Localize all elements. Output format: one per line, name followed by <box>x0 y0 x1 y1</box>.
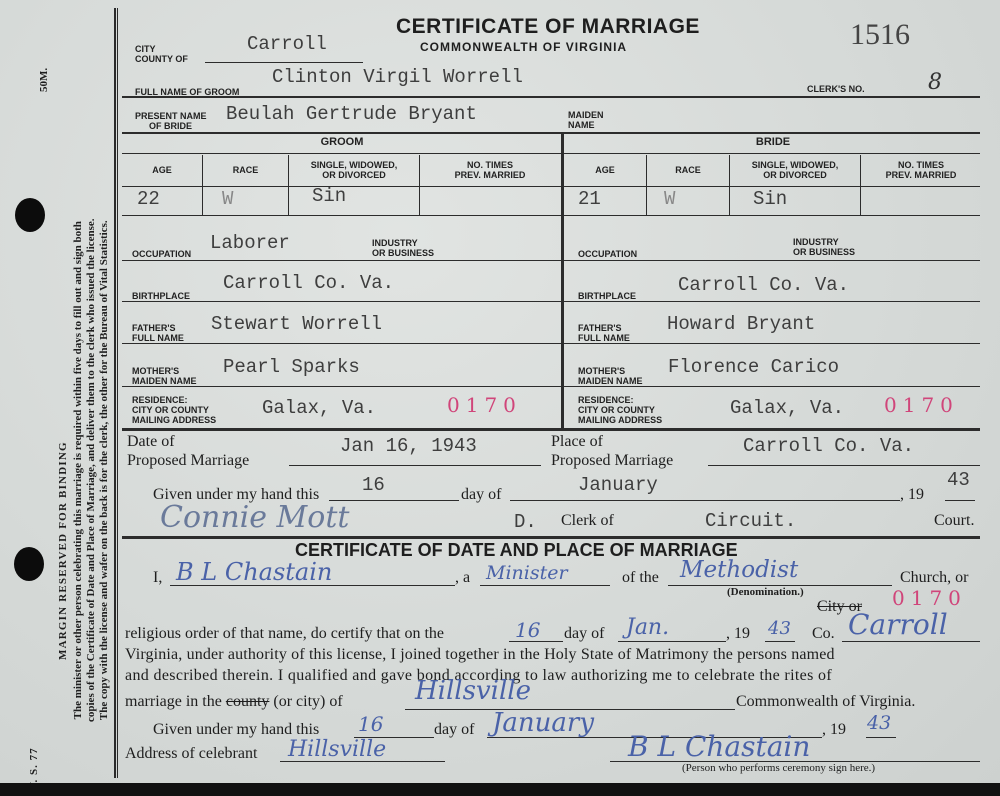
bride-race[interactable]: W <box>664 188 675 210</box>
groom-industry-label: Industryor Business <box>372 238 434 258</box>
i-label: I, <box>153 569 162 587</box>
divider <box>122 386 980 387</box>
clerk-no-value[interactable]: 8 <box>928 70 942 95</box>
bride-age[interactable]: 21 <box>578 188 601 210</box>
given-day[interactable]: 16 <box>362 474 385 496</box>
a-label: , a <box>455 569 470 587</box>
given-year-line <box>945 500 975 501</box>
margin-instructions: The minister or other person celebrating… <box>72 218 111 722</box>
officiant-role[interactable]: Minister <box>486 562 568 584</box>
day-of-label: day of <box>461 486 501 504</box>
groom-birthplace-label: Birthplace <box>132 291 190 301</box>
groom-occupation-label: Occupation <box>132 249 191 259</box>
certificate-title: CERTIFICATE OF MARRIAGE <box>396 15 700 39</box>
certify-text: religious order of that name, do certify… <box>125 625 444 643</box>
celebrant-address[interactable]: Hillsville <box>288 737 386 762</box>
marriage-place[interactable]: Carroll Co. Va. <box>743 435 914 457</box>
place-label: Place ofProposed Marriage <box>551 432 673 470</box>
groom-race[interactable]: W <box>222 188 233 210</box>
divider <box>122 153 980 154</box>
year-line <box>765 641 795 642</box>
groom-mother[interactable]: Pearl Sparks <box>223 356 360 378</box>
place-line <box>708 465 980 466</box>
instruction-line: The copy with the license and wafer on t… <box>98 218 111 722</box>
certificate-subtitle: COMMONWEALTH OF VIRGINIA <box>420 40 627 54</box>
denomination[interactable]: Methodist <box>680 557 798 583</box>
groom-status-header: Single, Widowed,or Divorced <box>289 160 419 180</box>
marriage-in-prefix: marriage in the county (or city) of <box>125 693 343 711</box>
margin-rule <box>114 8 118 778</box>
groom-residence-stamp: 0170 <box>447 393 522 417</box>
binding-hole <box>14 547 44 581</box>
month-line <box>618 641 726 642</box>
divider <box>122 428 980 431</box>
bride-mother[interactable]: Florence Carico <box>668 356 839 378</box>
scan-border <box>0 783 1000 796</box>
groom-father[interactable]: Stewart Worrell <box>211 313 382 335</box>
given-year[interactable]: 43 <box>947 469 970 491</box>
groom-residence-label: Residence:City or CountyMailing Address <box>132 395 216 425</box>
groom-times-header: No. TimesPrev. Married <box>420 160 560 180</box>
bride-status[interactable]: Sin <box>753 188 787 210</box>
instruction-line: The minister or other person celebrating… <box>72 218 85 722</box>
bride-residence-label: Residence:City or CountyMailing Address <box>578 395 662 425</box>
officiant-name[interactable]: B L Chastain <box>176 558 332 586</box>
given-year[interactable]: 43 <box>867 712 891 734</box>
groom-occupation[interactable]: Laborer <box>210 232 290 254</box>
cell-divider <box>202 155 203 215</box>
groom-age[interactable]: 22 <box>137 188 160 210</box>
groom-father-label: Father'sFull Name <box>132 323 184 343</box>
bride-father[interactable]: Howard Bryant <box>667 313 815 335</box>
clerk-suffix: D. <box>514 511 537 533</box>
groom-heading: GROOM <box>122 137 562 147</box>
cell-divider <box>729 155 730 215</box>
court-value[interactable]: Circuit. <box>705 510 796 532</box>
county-line <box>842 641 980 642</box>
groom-age-header: Age <box>122 165 202 175</box>
cell-divider <box>288 155 289 215</box>
binding-note: MARGIN RESERVED FOR BINDING <box>57 441 69 660</box>
marriage-date[interactable]: Jan 16, 1943 <box>340 435 477 457</box>
given-day[interactable]: 16 <box>358 712 383 736</box>
divider <box>122 536 980 539</box>
given-month[interactable]: January <box>492 708 594 738</box>
clerk-no-label: Clerk's No. <box>807 84 865 94</box>
divider <box>122 343 980 344</box>
denomination-caption: (Denomination.) <box>727 586 804 598</box>
co-label: Co. <box>812 625 835 643</box>
day-of-label: day of <box>434 721 474 739</box>
year-prefix: , 19 <box>900 486 924 504</box>
of-the-label: of the <box>622 569 659 587</box>
maiden-name-label: Maiden Name <box>568 110 604 130</box>
authority-text: Virginia, under authority of this licens… <box>125 646 835 664</box>
ceremony-title: CERTIFICATE OF DATE AND PLACE OF MARRIAG… <box>295 540 738 561</box>
groom-mother-label: Mother'sMaiden Name <box>132 366 197 386</box>
bride-times-header: No. TimesPrev. Married <box>861 160 981 180</box>
print-run: 50M. <box>38 68 50 92</box>
bride-birthplace[interactable]: Carroll Co. Va. <box>678 274 849 296</box>
clerk-of-label: Clerk of <box>561 512 614 530</box>
given-month-line <box>510 500 900 501</box>
divider <box>122 96 980 98</box>
bride-status-header: Single, Widowed,or Divorced <box>730 160 860 180</box>
groom-residence[interactable]: Galax, Va. <box>262 397 376 419</box>
ceremony-place[interactable]: Hillsville <box>415 676 531 706</box>
day-of-label: day of <box>564 625 604 643</box>
ceremony-stamp: 0170 <box>892 586 967 610</box>
binding-hole <box>15 198 45 232</box>
cell-divider <box>860 155 861 215</box>
certificate-number: 1516 <box>850 18 910 52</box>
bride-occupation-label: Occupation <box>578 249 637 259</box>
year-prefix: , 19 <box>726 625 750 643</box>
bride-father-label: Father'sFull Name <box>578 323 630 343</box>
signature-caption: (Person who performs ceremony sign here.… <box>682 762 875 774</box>
ceremony-county[interactable]: Carroll <box>848 608 948 641</box>
divider <box>122 301 980 302</box>
year-prefix: , 19 <box>822 721 846 739</box>
bride-birthplace-label: Birthplace <box>578 291 636 301</box>
commonwealth-text: Commonwealth of Virginia. <box>736 693 915 711</box>
given-month[interactable]: January <box>578 474 658 496</box>
church-label: Church, or <box>900 569 968 587</box>
bride-mother-label: Mother'sMaiden Name <box>578 366 643 386</box>
instruction-line: copies of the Certificate of Date and Pl… <box>85 218 98 722</box>
bride-name-value[interactable]: Beulah Gertrude Bryant <box>226 103 477 125</box>
bride-residence[interactable]: Galax, Va. <box>730 397 844 419</box>
bride-race-header: Race <box>647 165 729 175</box>
role-line <box>480 585 610 586</box>
column-divider <box>561 132 564 428</box>
bride-residence-stamp: 0170 <box>884 393 959 417</box>
given-year-line <box>866 737 896 738</box>
officiant-signature[interactable]: B L Chastain <box>628 730 810 763</box>
court-label: Court. <box>934 512 974 530</box>
ceremony-day[interactable]: 16 <box>515 618 540 642</box>
divider <box>122 186 980 187</box>
city-county-value[interactable]: Carroll <box>247 33 327 55</box>
date-label: Date ofProposed Marriage <box>127 432 249 470</box>
bride-name-label: Present Name of Bride <box>135 111 207 131</box>
groom-race-header: Race <box>203 165 288 175</box>
divider <box>122 260 980 261</box>
date-line <box>289 465 541 466</box>
divider <box>122 215 980 216</box>
divider <box>122 132 980 134</box>
address-label: Address of celebrant <box>125 745 257 763</box>
city-county-label: City County of <box>135 44 188 64</box>
ceremony-year[interactable]: 43 <box>768 618 791 639</box>
clerk-signature[interactable]: Connie Mott <box>160 500 349 535</box>
city-county-line <box>205 62 363 63</box>
marriage-certificate: V. S. 77 50M. MARGIN RESERVED FOR BINDIN… <box>0 0 1000 783</box>
groom-name-value[interactable]: Clinton Virgil Worrell <box>272 66 523 88</box>
cell-divider <box>419 155 420 215</box>
ceremony-month[interactable]: Jan. <box>626 615 669 640</box>
groom-status[interactable]: Sin <box>312 185 346 207</box>
bride-age-header: Age <box>564 165 646 175</box>
cell-divider <box>646 155 647 215</box>
bride-industry-label: Industryor Business <box>793 237 855 257</box>
groom-birthplace[interactable]: Carroll Co. Va. <box>223 272 394 294</box>
bride-heading: BRIDE <box>564 137 982 147</box>
